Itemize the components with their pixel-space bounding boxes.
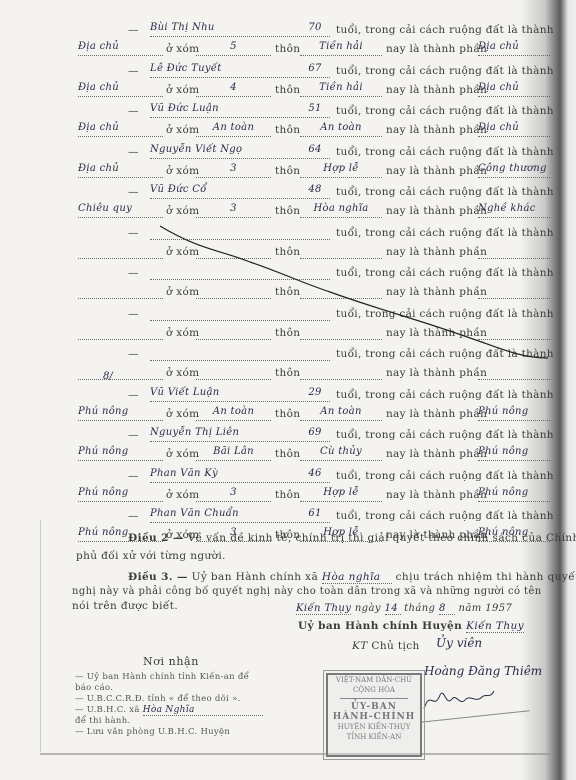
entry-address-row: ở xómthônnay là thành phần: [0, 244, 560, 264]
article-3-heading: Điều 3. —: [128, 571, 188, 583]
entry-name-row: —tuổi, trong cải cách ruộng đất là thành: [0, 225, 560, 245]
dash: —: [128, 348, 139, 360]
xom-label: ở xóm: [166, 367, 199, 379]
now-label: nay là thành phần: [386, 84, 487, 96]
now-label: nay là thành phần: [386, 246, 487, 258]
entry-address-row: Địa chủở xóm5thônTiền hảinay là thành ph…: [0, 41, 560, 61]
thon-label: thôn: [275, 327, 300, 339]
entry-age: 48: [300, 184, 330, 198]
age-label: tuổi, trong cải cách ruộng đất là thành: [336, 470, 554, 482]
entry-address-row: ở xómthônnay là thành phần: [0, 365, 560, 385]
entry-thon: [300, 284, 382, 299]
entry-xom: 4: [196, 82, 271, 97]
entry-class-before: Chiêu quy: [78, 203, 163, 218]
entry-thon: [300, 244, 382, 259]
entry-address-row: Chiêu quyở xóm3thônHòa nghĩanay là thành…: [0, 203, 560, 223]
entry-name-row: —Nguyễn Viết Ngọ64tuổi, trong cải cách r…: [0, 144, 560, 164]
entry-class-before: Phú nông: [78, 487, 163, 502]
year-label: năm: [459, 603, 482, 614]
entry-class-now: Địa chủ: [478, 82, 550, 97]
entry-class-now: Nghề khác: [478, 203, 550, 218]
page-border: [40, 520, 41, 752]
margin-mark: 8/: [103, 371, 113, 382]
dash: —: [128, 24, 139, 36]
entry-address-row: Phú nôngở xómBãi LânthônCù thủynay là th…: [0, 446, 560, 466]
entry-address-row: Địa chủở xóm3thônHợp lễnay là thành phần…: [0, 163, 560, 183]
chair-line: KT Chủ tịch: [352, 640, 420, 652]
entry-age: 61: [300, 508, 330, 522]
entry-age: [300, 225, 330, 239]
entry-age: [300, 346, 330, 360]
stamp-line: TỈNH KIẾN-AN: [328, 732, 420, 742]
dash: —: [128, 65, 139, 77]
committee-district: Kiến Thụy: [466, 620, 524, 633]
thon-label: thôn: [275, 489, 300, 501]
article-3-line-3: nói trên được biết.: [72, 600, 178, 612]
age-label: tuổi, trong cải cách ruộng đất là thành: [336, 65, 554, 77]
entry-class-now: [478, 365, 550, 380]
article-3-text: chịu trách nhiệm thi hành quyết: [396, 571, 576, 583]
xom-label: ở xóm: [166, 43, 199, 55]
xom-label: ở xóm: [166, 286, 199, 298]
dateline-place: Kiến Thụy: [296, 603, 351, 615]
age-label: tuổi, trong cải cách ruộng đất là thành: [336, 429, 554, 441]
entry-thon: Hợp lễ: [300, 487, 382, 502]
stamp-divider: [340, 698, 408, 699]
entry-name-row: —tuổi, trong cải cách ruộng đất là thành: [0, 265, 560, 285]
entry-class-before: Phú nông: [78, 406, 163, 421]
entry-class-before: [78, 365, 163, 380]
entry-name-row: —Bùi Thị Nhu70tuổi, trong cải cách ruộng…: [0, 22, 560, 42]
entry-xom: [196, 325, 271, 340]
now-label: nay là thành phần: [386, 489, 487, 501]
dash: —: [128, 308, 139, 320]
xom-label: ở xóm: [166, 165, 199, 177]
dash: —: [128, 389, 139, 401]
thon-label: thôn: [275, 286, 300, 298]
entry-xom: [196, 365, 271, 380]
entry-xom: 5: [196, 41, 271, 56]
entry-address-row: ở xómthônnay là thành phần: [0, 284, 560, 304]
entry-age: 51: [300, 103, 330, 117]
entry-age: 46: [300, 468, 330, 482]
now-label: nay là thành phần: [386, 286, 487, 298]
recipient-item: — U.B.H.C. xã Hòa Nghĩa: [75, 705, 263, 716]
entry-xom: 3: [196, 487, 271, 502]
recipient-item: — Lưu văn phòng U.B.H.C. Huyện: [75, 727, 230, 737]
entry-name-row: —Lê Đức Tuyết67tuổi, trong cải cách ruộn…: [0, 63, 560, 83]
stamp-line: HÀNH-CHÍNH: [328, 712, 420, 722]
age-label: tuổi, trong cải cách ruộng đất là thành: [336, 308, 554, 320]
article-3-line-2: nghị này và phải công bố quyết nghị này …: [72, 586, 542, 597]
committee-title: Uỷ ban Hành chính Huyện Kiến Thụy: [298, 620, 524, 633]
age-label: tuổi, trong cải cách ruộng đất là thành: [336, 24, 554, 36]
dash: —: [128, 470, 139, 482]
entry-class-now: Phú nông: [478, 446, 550, 461]
now-label: nay là thành phần: [386, 165, 487, 177]
entry-name-row: —tuổi, trong cải cách ruộng đất là thành: [0, 306, 560, 326]
entry-address-row: Địa chủở xómAn toànthônAn toànnay là thà…: [0, 122, 560, 142]
now-label: nay là thành phần: [386, 43, 487, 55]
entry-xom: Bãi Lân: [196, 446, 271, 461]
entry-thon: [300, 325, 382, 340]
age-label: tuổi, trong cải cách ruộng đất là thành: [336, 389, 554, 401]
entry-thon: Hợp lễ: [300, 163, 382, 178]
entry-class-before: [78, 244, 163, 259]
entry-age: [300, 265, 330, 279]
entry-age: [300, 306, 330, 320]
entry-class-before: [78, 325, 163, 340]
now-label: nay là thành phần: [386, 367, 487, 379]
entry-class-before: Địa chủ: [78, 41, 163, 56]
entry-class-before: Phú nông: [78, 446, 163, 461]
age-label: tuổi, trong cải cách ruộng đất là thành: [336, 227, 554, 239]
thon-label: thôn: [275, 408, 300, 420]
dash: —: [128, 227, 139, 239]
entry-class-now: Địa chủ: [478, 122, 550, 137]
entry-class-now: [478, 244, 550, 259]
entry-name-row: —tuổi, trong cải cách ruộng đất là thành: [0, 346, 560, 366]
entry-age: 69: [300, 427, 330, 441]
entry-name-row: —Nguyễn Thị Liên69tuổi, trong cải cách r…: [0, 427, 560, 447]
dateline-year: 1957: [485, 603, 512, 614]
xom-label: ở xóm: [166, 408, 199, 420]
entry-name-row: —Vũ Viết Luận29tuổi, trong cải cách ruộn…: [0, 387, 560, 407]
now-label: nay là thành phần: [386, 408, 487, 420]
entry-thon: Tiền hải: [300, 82, 382, 97]
official-stamp: VIỆT-NAM DÂN-CHỦ CỘNG HÒA ỦY-BAN HÀNH-CH…: [326, 673, 422, 757]
xom-label: ở xóm: [166, 124, 199, 136]
dash: —: [128, 267, 139, 279]
age-label: tuổi, trong cải cách ruộng đất là thành: [336, 267, 554, 279]
entry-age: 29: [300, 387, 330, 401]
article-2-heading: Điều 2 —: [128, 532, 184, 544]
age-label: tuổi, trong cải cách ruộng đất là thành: [336, 105, 554, 117]
entry-class-before: Địa chủ: [78, 82, 163, 97]
entry-class-now: Phú nông: [478, 487, 550, 502]
dash: —: [128, 186, 139, 198]
thon-label: thôn: [275, 448, 300, 460]
entry-address-row: Địa chủở xóm4thônTiền hảinay là thành ph…: [0, 82, 560, 102]
thon-label: thôn: [275, 165, 300, 177]
article-2-line-1: Điều 2 — Về vấn đề kinh tế, chính trị th…: [128, 532, 576, 544]
entry-class-now: Phú nông: [478, 406, 550, 421]
entry-name-row: —Vũ Đức Cổ48tuổi, trong cải cách ruộng đ…: [0, 184, 560, 204]
entry-class-now: [478, 284, 550, 299]
recipient-item: — Uỷ ban Hành chính tỉnh Kiến-an để: [75, 672, 249, 682]
recipient-item: — U.B.C.C.R.Đ. tỉnh « để theo dõi ».: [75, 694, 241, 704]
entry-xom: 3: [196, 163, 271, 178]
role-handwritten: Ủy viên: [436, 636, 482, 650]
signer-name: Hoàng Đăng Thiêm: [424, 664, 542, 678]
dash: —: [128, 146, 139, 158]
commune-name: Hòa nghĩa: [322, 571, 392, 584]
entry-thon: An toàn: [300, 406, 382, 421]
thon-label: thôn: [275, 124, 300, 136]
entry-class-now: [478, 325, 550, 340]
entry-thon: [300, 365, 382, 380]
dateline: Kiến Thụy ngày 14 tháng 8 năm 1957: [296, 603, 512, 615]
stamp-line: ỦY-BAN: [328, 702, 420, 712]
xom-label: ở xóm: [166, 84, 199, 96]
dash: —: [128, 510, 139, 522]
entry-xom: [196, 284, 271, 299]
article-3-text: Uỷ ban Hành chính xã: [192, 571, 319, 583]
entry-address-row: Phú nôngở xómAn toànthônAn toànnay là th…: [0, 406, 560, 426]
day-label: ngày: [355, 603, 381, 614]
entry-thon: Tiền hải: [300, 41, 382, 56]
entry-thon: Cù thủy: [300, 446, 382, 461]
now-label: nay là thành phần: [386, 327, 487, 339]
kt-label: KT: [352, 640, 368, 652]
dash: —: [128, 429, 139, 441]
recipient-item: báo cáo.: [75, 683, 113, 693]
thon-label: thôn: [275, 246, 300, 258]
dash: —: [128, 105, 139, 117]
age-label: tuổi, trong cải cách ruộng đất là thành: [336, 510, 554, 522]
entry-class-before: Địa chủ: [78, 122, 163, 137]
stamp-line: CỘNG HÒA: [328, 685, 420, 695]
entry-class-now: Công thương: [478, 163, 550, 178]
entry-address-row: ở xómthônnay là thành phần: [0, 325, 560, 345]
entry-age: 64: [300, 144, 330, 158]
entry-name-row: —Vũ Đức Luận51tuổi, trong cải cách ruộng…: [0, 103, 560, 123]
stamp-line: VIỆT-NAM DÂN-CHỦ: [328, 675, 420, 685]
entry-xom: An toàn: [196, 122, 271, 137]
now-label: nay là thành phần: [386, 124, 487, 136]
recipient-text: — U.B.H.C. xã: [75, 705, 140, 715]
entry-age: 67: [300, 63, 330, 77]
recipient-item: để thi hành.: [75, 716, 130, 726]
thon-label: thôn: [275, 367, 300, 379]
age-label: tuổi, trong cải cách ruộng đất là thành: [336, 186, 554, 198]
xom-label: ở xóm: [166, 246, 199, 258]
article-3-line-1: Điều 3. — Uỷ ban Hành chính xã Hòa nghĩa…: [128, 571, 576, 584]
xom-label: ở xóm: [166, 448, 199, 460]
entry-xom: An toàn: [196, 406, 271, 421]
xom-label: ở xóm: [166, 205, 199, 217]
entry-name-row: —Phan Văn Kỳ46tuổi, trong cải cách ruộng…: [0, 468, 560, 488]
dateline-day: 14: [385, 603, 401, 615]
age-label: tuổi, trong cải cách ruộng đất là thành: [336, 348, 554, 360]
recipients-title: Nơi nhận: [143, 655, 199, 668]
dateline-month: 8: [439, 603, 455, 615]
article-2-line-2: phủ đối xử với từng người.: [76, 550, 226, 562]
stamp-line: HUYỆN KIẾN-THỤY: [328, 722, 420, 732]
now-label: nay là thành phần: [386, 205, 487, 217]
xom-label: ở xóm: [166, 489, 199, 501]
month-label: tháng: [404, 603, 435, 614]
signature: [420, 685, 500, 715]
entry-thon: Hòa nghĩa: [300, 203, 382, 218]
thon-label: thôn: [275, 84, 300, 96]
entry-xom: [196, 244, 271, 259]
article-2-text: Về vấn đề kinh tế, chính trị thì giải qu…: [188, 532, 576, 544]
entry-class-before: Địa chủ: [78, 163, 163, 178]
thon-label: thôn: [275, 43, 300, 55]
entry-xom: 3: [196, 203, 271, 218]
age-label: tuổi, trong cải cách ruộng đất là thành: [336, 146, 554, 158]
xom-label: ở xóm: [166, 327, 199, 339]
entry-thon: An toàn: [300, 122, 382, 137]
entry-age: 70: [300, 22, 330, 36]
entry-address-row: Phú nôngở xóm3thônHợp lễnay là thành phầ…: [0, 487, 560, 507]
recipient-commune: Hòa Nghĩa: [143, 705, 263, 716]
chair-label: Chủ tịch: [371, 640, 419, 652]
entry-class-now: Địa chủ: [478, 41, 550, 56]
page-border: [40, 753, 550, 755]
thon-label: thôn: [275, 205, 300, 217]
entry-name-row: —Phan Văn Chuẩn61tuổi, trong cải cách ru…: [0, 508, 560, 528]
document-page: —Bùi Thị Nhu70tuổi, trong cải cách ruộng…: [0, 0, 576, 780]
entry-class-before: [78, 284, 163, 299]
committee-label: Uỷ ban Hành chính Huyện: [298, 620, 462, 632]
now-label: nay là thành phần: [386, 448, 487, 460]
